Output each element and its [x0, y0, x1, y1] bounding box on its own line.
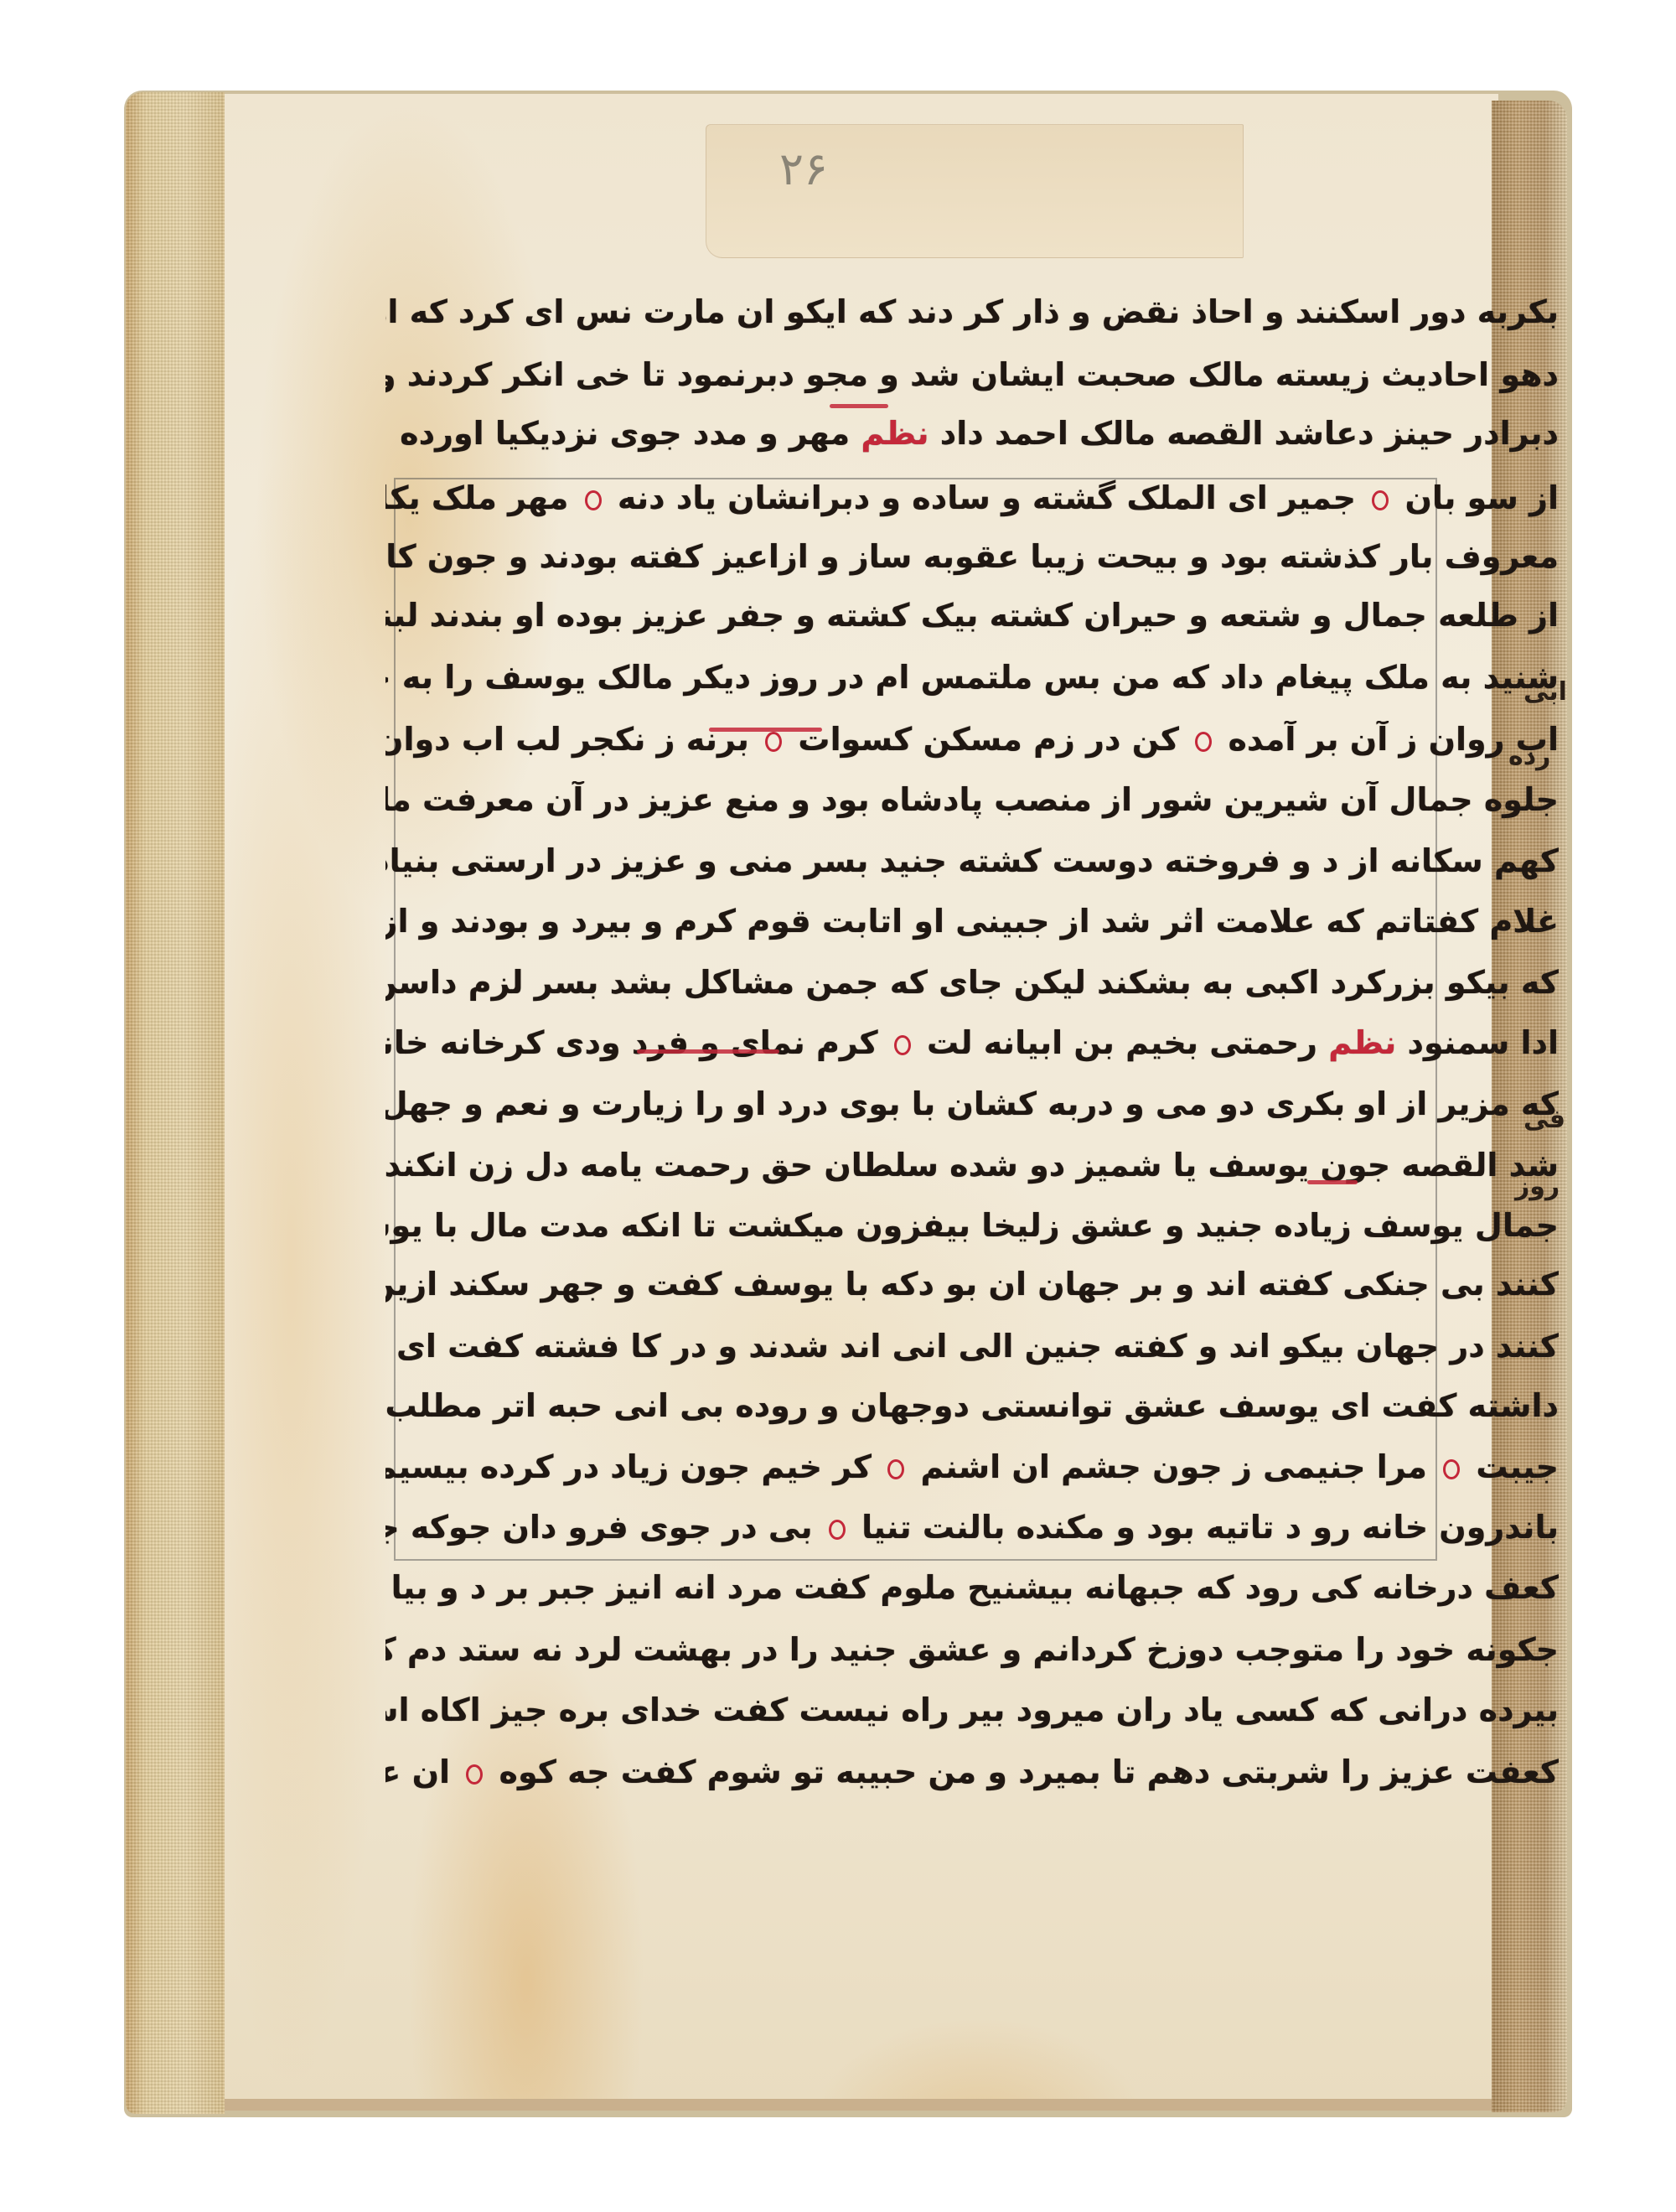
leaf-bottom-edge — [225, 2099, 1498, 2111]
text-line: کنند در جهان بیکو اند و کفته جنین الی ان… — [385, 1328, 1559, 1378]
text-line: دهو احادیث زیسته مالک صحبت ایشان شد و مج… — [385, 356, 1559, 407]
text-line: جکونه خود را متوجب دوزخ کردانم و عشق جنی… — [385, 1631, 1559, 1681]
text-line: جلوه جمال آن شیرین شور از منصب پادشاه بو… — [385, 781, 1559, 831]
text-line: اب روان ز آن بر آمده کن در زم مسکن کسوات… — [385, 721, 1559, 771]
margin-note: رده — [1508, 742, 1550, 771]
text-line: جمال یوسف زیاده جنید و عشق زلیخا بیفزون … — [385, 1207, 1559, 1257]
verse-marker-icon — [585, 490, 602, 510]
text-line: شد القصه جون یوسف یا شمیز دو شده سلطان ح… — [385, 1147, 1559, 1197]
text-line: از طلعه جمال و شتعه و حیران کشته بیک کشت… — [385, 597, 1559, 647]
text-line: باندرون خانه رو د تاتیه بود و مکنده بالن… — [385, 1509, 1559, 1559]
rubric-overline — [637, 1049, 779, 1054]
text-line: که مزیر از او بکری دو می و دربه کشان با … — [385, 1085, 1559, 1136]
text-line: ادا سمنود نظم رحمتی بخیم بن ابیانه لت کر… — [385, 1024, 1559, 1075]
rubric-nazm: نظم — [861, 415, 929, 452]
verse-marker-icon — [765, 732, 782, 752]
text-line: جیبت مرا جنیمی ز جون جشم ان اشنم کر خیم … — [385, 1448, 1559, 1499]
text-line: که بیکو بزرکرد اکبی به بشکند لیکن جای که… — [385, 964, 1559, 1014]
text-line: دبرادر حینز دعاشد القصه مالک احمد داد نظ… — [385, 415, 1559, 465]
text-line: بکربه دور اسکنند و احاذ نقض و ذار کر دند… — [385, 293, 1559, 344]
text-line: کعفت عزیز را شربتی دهم تا بمیرد و من حبی… — [385, 1754, 1559, 1804]
margin-note: ابی — [1523, 677, 1567, 707]
verse-marker-icon — [887, 1459, 904, 1479]
folio-number: ۲۶ — [779, 142, 828, 195]
verse-marker-icon — [829, 1520, 846, 1540]
rubric-overline — [1307, 1180, 1358, 1184]
verse-marker-icon — [894, 1035, 911, 1055]
text-line: از سو بان جمیر ای الملک گشته و ساده و دب… — [385, 479, 1559, 530]
margin-note: فی — [1523, 1105, 1565, 1134]
verse-marker-icon — [466, 1764, 483, 1785]
text-line: بیرده درانی که کسی یاد ران میرود بیر راه… — [385, 1691, 1559, 1742]
text-line: معروف بار کذشته بود و بیحت زیبا عقوبه سا… — [385, 538, 1559, 588]
margin-note: روز — [1515, 1172, 1560, 1201]
left-cloth-binding-strip — [126, 92, 225, 2114]
text-line: داشته کفت ای یوسف عشق توانستی دوجهان و ر… — [385, 1387, 1559, 1438]
text-line: کهم سکانه از د و فروخته دوست کشته جنید ب… — [385, 842, 1559, 893]
text-line: شنید به ملک پیغام داد که من بس ملتمس ام … — [385, 659, 1559, 709]
text-line: کعف درخانه کی رود که جبهانه بیشنیح ملوم … — [385, 1569, 1559, 1619]
verse-marker-icon — [1195, 732, 1212, 752]
rubric-nazm: نظم — [1328, 1024, 1396, 1061]
verse-marker-icon — [1443, 1459, 1460, 1479]
rubric-overline — [709, 728, 822, 732]
text-line: غلام کفتاتم که علامت اثر شد از جبینی او … — [385, 903, 1559, 953]
verse-marker-icon — [1372, 490, 1389, 510]
text-line: کنند بی جنکی کفته اند و بر جهان ان بو دک… — [385, 1266, 1559, 1316]
rubric-overline — [830, 404, 888, 408]
